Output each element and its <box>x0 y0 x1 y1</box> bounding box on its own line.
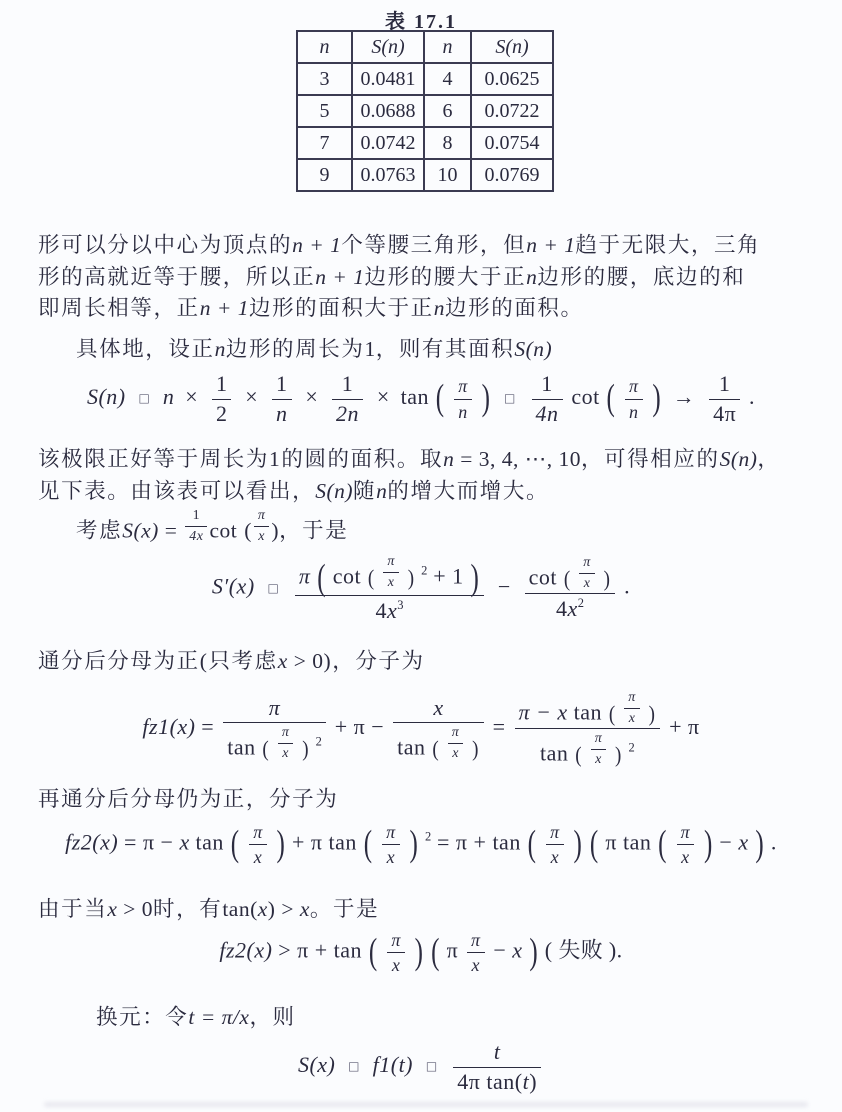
math-inline: S(n) <box>720 447 758 471</box>
denominator: x <box>677 844 695 867</box>
numerator: π <box>625 376 643 398</box>
times-operator: × <box>185 384 198 409</box>
function-name: tan <box>196 830 224 855</box>
denominator: 2n <box>332 399 363 427</box>
equals-box-icon: □ <box>348 1059 360 1073</box>
numerator: π <box>382 822 400 844</box>
cjk-text: 边形的腰，底边的和 <box>537 265 745 289</box>
fraction: πx <box>383 554 399 590</box>
minus-operator: − <box>498 574 511 599</box>
paren: ( <box>609 702 616 727</box>
cjk-text: )，分子为 <box>323 649 424 673</box>
cjk-text: 边形的周长为 <box>226 337 365 361</box>
function-name: tan <box>334 938 362 963</box>
function-name: cot <box>333 564 361 589</box>
numerator: 1 <box>332 372 363 399</box>
fraction: πx <box>591 731 607 767</box>
paren: ). <box>609 938 623 963</box>
math-inline: n <box>376 479 387 503</box>
equation-sn-area: S(n) □ n × 12 × 1n × 12n × tan ( πn ) □ … <box>0 372 842 426</box>
table-header-cell: S(n) <box>471 31 553 63</box>
cjk-text: 的增大而增大。 <box>387 479 549 503</box>
superscript: 2 <box>628 741 634 755</box>
text-line: 通分后分母为正(只考虑x > 0)，分子为 <box>38 646 816 678</box>
table-row: 3 0.0481 4 0.0625 <box>297 63 553 95</box>
big-paren: ( <box>431 932 440 974</box>
eq-lhs: fz1(x) <box>142 714 195 739</box>
math-text: + π − <box>335 714 390 739</box>
cjk-text: 形的高就近等于腰，所以正 <box>38 265 315 289</box>
times-operator: × <box>305 384 318 409</box>
numerator: π <box>677 822 695 844</box>
denominator: n <box>454 399 472 422</box>
denominator: n <box>272 399 292 427</box>
denominator: x <box>387 952 405 975</box>
period: . <box>624 574 630 599</box>
minus-operator: − <box>493 938 512 963</box>
table-cell: 0.0625 <box>471 63 553 95</box>
numerator: cot ( πx ) <box>525 555 616 593</box>
cjk-text: ， <box>757 447 780 471</box>
equation-substitution: S(x) □ f1(t) □ t 4π tan(t) <box>0 1040 842 1094</box>
arrow-operator: → <box>673 384 696 409</box>
superscript: 3 <box>397 598 403 612</box>
math-inline: > 0 <box>288 649 324 673</box>
denominator: x <box>254 526 270 545</box>
equals-box-icon: □ <box>504 391 516 405</box>
math-text: + π <box>669 714 700 739</box>
big-paren: ) <box>652 378 661 420</box>
fraction: πx <box>467 930 485 975</box>
period: . <box>771 830 777 855</box>
big-paren: ) <box>704 824 713 866</box>
numerator: π ( cot ( πx ) 2 + 1 ) <box>295 554 484 595</box>
math-inline: n <box>443 447 454 471</box>
math-text: + π <box>292 830 329 855</box>
table-cell: 0.0688 <box>352 95 424 127</box>
math-inline: = 3, 4, ⋯, 10 <box>454 447 581 471</box>
big-paren: ) <box>470 558 479 600</box>
paren: ( <box>368 566 375 591</box>
fraction: πx <box>448 725 464 761</box>
denominator: 4n <box>532 399 563 427</box>
numerator: π <box>467 930 485 952</box>
fraction: π tan ( πx ) 2 <box>223 696 326 762</box>
fraction: π − x tan ( πx ) tan ( πx ) 2 <box>515 690 661 768</box>
math-text: π − x <box>519 700 574 725</box>
math-func: f1(t) <box>373 1052 413 1077</box>
numerator: 1 <box>532 372 563 399</box>
paren: ( <box>564 567 571 592</box>
numerator: 1 <box>185 508 207 526</box>
numerator: π <box>579 555 595 573</box>
math-inline: S(n) <box>315 479 353 503</box>
paren: ) <box>529 1069 537 1094</box>
denominator: n <box>625 399 643 422</box>
cjk-text: 失败 <box>558 938 603 963</box>
fraction: πn <box>625 376 643 421</box>
fraction: 14x <box>185 508 207 544</box>
period: . <box>749 384 755 409</box>
cjk-text: 时，有 <box>153 897 222 921</box>
equals-box-icon: □ <box>426 1059 438 1073</box>
table-header-row: n S(n) n S(n) <box>297 31 553 63</box>
math-inline: S(n) <box>514 337 552 361</box>
big-paren: ( <box>364 824 373 866</box>
fraction: 1n <box>272 372 292 426</box>
table-header-cell: S(n) <box>352 31 424 63</box>
table-cell: 0.0742 <box>352 127 424 159</box>
denominator: 4π <box>709 399 740 427</box>
big-paren: ) <box>755 824 764 866</box>
paragraph-3: 通分后分母为正(只考虑x > 0)，分子为 <box>38 646 816 678</box>
table-cell: 0.0481 <box>352 63 424 95</box>
table-header-cell: n <box>424 31 471 63</box>
math-inline: x <box>107 897 117 921</box>
paren: ( <box>244 519 252 543</box>
math-var: x <box>512 938 522 963</box>
denominator: x <box>546 844 564 867</box>
math-inline: n <box>526 265 537 289</box>
denominator: x <box>278 743 294 762</box>
fraction: πx <box>624 690 640 726</box>
big-paren: ) <box>410 824 419 866</box>
fraction: 12n <box>332 372 363 426</box>
function-name: cot <box>529 565 557 590</box>
table-cell: 0.0722 <box>471 95 553 127</box>
paren: ) <box>408 566 415 591</box>
numerator: π <box>249 822 267 844</box>
times-operator: × <box>245 384 258 409</box>
denominator: x <box>448 743 464 762</box>
math-text: − <box>719 830 738 855</box>
fraction: x tan ( πx ) <box>393 696 484 762</box>
cjk-text: 考虑 <box>76 519 122 543</box>
denominator: 2 <box>212 399 232 427</box>
math-inline: x <box>300 897 310 921</box>
paren: ) <box>604 567 611 592</box>
equals-box-icon: □ <box>138 391 150 405</box>
cjk-text: 换元：令 <box>96 1005 188 1029</box>
cjk-text: ，则有其面积 <box>376 337 515 361</box>
equation-fz2-inequality: fz2(x) > π + tan ( πx ) ( π πx − x ) ( 失… <box>0 930 842 975</box>
denominator: x <box>579 573 595 592</box>
table-cell: 0.0769 <box>471 159 553 191</box>
numerator: π <box>278 725 294 743</box>
equals-sign: = <box>493 714 512 739</box>
math-inline: n + 1 <box>292 233 341 257</box>
denominator: 4π tan(t) <box>453 1067 541 1095</box>
table-row: 9 0.0763 10 0.0769 <box>297 159 553 191</box>
numerator: π <box>223 696 326 723</box>
denominator: 4x2 <box>525 593 616 622</box>
math-inline: n + 1 <box>315 265 364 289</box>
equals-sign: = <box>159 519 183 543</box>
math-inline: tan( <box>222 897 257 921</box>
numerator: π <box>448 725 464 743</box>
table-cell: 6 <box>424 95 471 127</box>
function-name: tan <box>540 741 568 766</box>
paren: ) <box>615 743 622 768</box>
numerator: π <box>624 690 640 708</box>
table-cell: 8 <box>424 127 471 159</box>
denominator: x <box>382 844 400 867</box>
math-inline: n <box>434 296 445 320</box>
numerator: t <box>453 1040 541 1067</box>
cjk-text: ，可得相应的 <box>581 447 720 471</box>
big-paren: ( <box>590 824 599 866</box>
numerator: x <box>393 696 484 723</box>
cjk-text: 即周长相等，正 <box>38 296 200 320</box>
fraction: πx <box>278 725 294 761</box>
numerator: 1 <box>709 372 740 399</box>
paren: ) <box>649 702 656 727</box>
table-cell: 9 <box>297 159 352 191</box>
text-line: 换元：令t = π/x，则 <box>38 1002 816 1034</box>
math-text: + 1 <box>433 564 463 589</box>
equals-sign: = <box>201 714 220 739</box>
equation-fz1: fz1(x) = π tan ( πx ) 2 + π − x tan ( πx… <box>0 690 842 768</box>
paragraph-6: 换元：令t = π/x，则 <box>38 1002 816 1034</box>
math-var: n <box>163 384 175 409</box>
math-inline: = π/x <box>195 1005 250 1029</box>
fraction: 14π <box>709 372 740 426</box>
table-cell: 10 <box>424 159 471 191</box>
function-name: tan <box>574 700 602 725</box>
paragraph-2: 该极限正好等于周长为1的圆的面积。取n = 3, 4, ⋯, 10，可得相应的S… <box>38 444 816 507</box>
math-var: x <box>567 596 577 621</box>
math-text: π <box>605 830 623 855</box>
math-inline: 1 <box>364 337 375 361</box>
math-text: = π + <box>437 830 492 855</box>
times-operator: × <box>377 384 390 409</box>
cjk-text: ，于是 <box>279 519 348 543</box>
text-line: 见下表。由该表可以看出，S(n)随n的增大而增大。 <box>38 476 816 508</box>
math-text: 4π tan( <box>457 1069 522 1094</box>
big-paren: ( <box>317 558 326 600</box>
big-paren: ) <box>529 932 538 974</box>
fraction: π ( cot ( πx ) 2 + 1 ) 4x3 <box>295 554 484 623</box>
table-cell: 4 <box>424 63 471 95</box>
big-paren: ( <box>369 932 378 974</box>
paragraph-5: 由于当x > 0时，有tan(x) > x。于是 <box>38 894 816 926</box>
eq-lhs: S′(x) <box>212 574 255 599</box>
paren: ( <box>575 743 582 768</box>
numerator: π <box>454 376 472 398</box>
superscript: 2 <box>425 830 431 844</box>
paren: ) <box>472 738 479 763</box>
cjk-text: 。于是 <box>310 897 379 921</box>
cjk-text: 随 <box>353 479 376 503</box>
fraction: πx <box>382 822 400 867</box>
cjk-text: 形可以分以中心为顶点的 <box>38 233 292 257</box>
cjk-text: 边形的面积。 <box>445 296 584 320</box>
big-paren: ( <box>436 378 445 420</box>
function-name: cot <box>209 519 237 543</box>
paren: ( <box>545 938 553 963</box>
pi-symbol: π <box>447 938 459 963</box>
big-paren: ) <box>277 824 286 866</box>
numerator: π <box>383 554 399 572</box>
text-line: 形的高就近等于腰，所以正n + 1边形的腰大于正n边形的腰，底边的和 <box>38 262 816 294</box>
numerator: 1 <box>212 372 232 399</box>
math-inline: n + 1 <box>200 296 249 320</box>
superscript: 2 <box>316 735 322 749</box>
big-paren: ) <box>482 378 491 420</box>
numerator: π <box>591 731 607 749</box>
text-line: 考虑S(x) = 14xcot (πx)，于是 <box>38 508 816 547</box>
eq-lhs: fz2(x) <box>65 830 118 855</box>
paren: ) <box>302 738 309 763</box>
paragraph-2-line3: 考虑S(x) = 14xcot (πx)，于是 <box>38 508 816 547</box>
math-inline: ) > <box>268 897 300 921</box>
function-name: tan <box>397 735 425 760</box>
text-line: 该极限正好等于周长为1的圆的面积。取n = 3, 4, ⋯, 10，可得相应的S… <box>38 444 816 476</box>
function-name: tan <box>227 735 255 760</box>
equation-fz2: fz2(x) = π − x tan ( πx ) + π tan ( πx )… <box>0 822 842 867</box>
fraction: 14n <box>532 372 563 426</box>
eq-lhs: fz2(x) <box>219 938 272 963</box>
text-line: 由于当x > 0时，有tan(x) > x。于是 <box>38 894 816 926</box>
numerator: π <box>254 508 270 526</box>
math-inline: x <box>278 649 288 673</box>
table-row: 7 0.0742 8 0.0754 <box>297 127 553 159</box>
equation-derivative: S′(x) □ π ( cot ( πx ) 2 + 1 ) 4x3 − cot… <box>0 554 842 623</box>
cjk-text: 见下表。由该表可以看出， <box>38 479 315 503</box>
function-name: tan <box>623 830 651 855</box>
math-inline: S(x) <box>122 519 159 543</box>
numerator: π <box>387 930 405 952</box>
cjk-text: 通分后分母为正(只考虑 <box>38 649 278 673</box>
table-cell: 0.0754 <box>471 127 553 159</box>
math-text: 4 <box>556 596 568 621</box>
denominator: 4x <box>185 526 207 545</box>
equals-box-icon: □ <box>267 581 279 595</box>
function-name: cot <box>571 384 599 409</box>
cjk-text: 由于当 <box>38 897 107 921</box>
paren: ) <box>271 519 279 543</box>
fraction: cot ( πx ) 4x2 <box>525 555 616 622</box>
cjk-text: 该极限正好等于周长为1的圆的面积。取 <box>38 447 443 471</box>
math-var: x <box>387 598 397 623</box>
big-paren: ( <box>658 824 667 866</box>
denominator: x <box>249 844 267 867</box>
denominator: tan ( πx ) 2 <box>515 728 661 767</box>
fraction: πx <box>546 822 564 867</box>
math-text: > π + <box>278 938 333 963</box>
function-name: tan <box>401 384 429 409</box>
denominator: x <box>467 952 485 975</box>
cjk-text: 再通分后分母仍为正，分子为 <box>38 787 338 811</box>
big-paren: ( <box>607 378 616 420</box>
eq-lhs: S(n) <box>87 384 126 409</box>
cjk-text: 边形的腰大于正 <box>364 265 526 289</box>
math-text: = π − <box>124 830 179 855</box>
text-line: 即周长相等，正n + 1边形的面积大于正n边形的面积。 <box>38 293 816 325</box>
denominator: x <box>591 749 607 768</box>
math-inline: n <box>215 337 226 361</box>
table-cell: 0.0763 <box>352 159 424 191</box>
fraction: πx <box>579 555 595 591</box>
fraction: πx <box>387 930 405 975</box>
cjk-text: 个等腰三角形，但 <box>341 233 526 257</box>
denominator: x <box>624 708 640 727</box>
paren: ( <box>262 738 269 763</box>
eq-lhs: S(x) <box>298 1052 335 1077</box>
cjk-text: ，则 <box>249 1005 295 1029</box>
denominator: tan ( πx ) 2 <box>223 722 326 761</box>
math-var: x <box>179 830 189 855</box>
cjk-text: 边形的面积大于正 <box>249 296 434 320</box>
math-inline: > 0 <box>117 897 153 921</box>
math-inline: x <box>258 897 268 921</box>
fraction: πx <box>249 822 267 867</box>
big-paren: ) <box>573 824 582 866</box>
superscript: 2 <box>578 596 584 610</box>
paragraph-1: 形可以分以中心为顶点的n + 1个等腰三角形，但n + 1趋于无限大，三角 形的… <box>38 230 816 325</box>
fraction: πx <box>254 508 270 544</box>
paragraph-1-line4: 具体地，设正n边形的周长为1，则有其面积S(n) <box>38 334 816 366</box>
table-cell: 7 <box>297 127 352 159</box>
paragraph-4: 再通分后分母仍为正，分子为 <box>38 784 816 816</box>
math-text: 4 <box>376 598 388 623</box>
big-paren: ) <box>415 932 424 974</box>
big-paren: ( <box>231 824 240 866</box>
table-cell: 3 <box>297 63 352 95</box>
table-row: 5 0.0688 6 0.0722 <box>297 95 553 127</box>
fraction: πx <box>677 822 695 867</box>
function-name: tan <box>492 830 520 855</box>
text-line: 具体地，设正n边形的周长为1，则有其面积S(n) <box>38 334 816 366</box>
paren: ( <box>432 738 439 763</box>
fraction: πn <box>454 376 472 421</box>
superscript: 2 <box>421 564 427 578</box>
denominator: x <box>383 572 399 591</box>
fraction: t 4π tan(t) <box>453 1040 541 1094</box>
pi-symbol: π <box>299 564 311 589</box>
data-table: n S(n) n S(n) 3 0.0481 4 0.0625 5 0.0688… <box>296 30 554 192</box>
fraction: 12 <box>212 372 232 426</box>
numerator: π − x tan ( πx ) <box>515 690 661 728</box>
big-paren: ( <box>528 824 537 866</box>
text-line: 形可以分以中心为顶点的n + 1个等腰三角形，但n + 1趋于无限大，三角 <box>38 230 816 262</box>
math-var: x <box>738 830 748 855</box>
text-line: 再通分后分母仍为正，分子为 <box>38 784 816 816</box>
table-cell: 5 <box>297 95 352 127</box>
numerator: 1 <box>272 372 292 399</box>
cjk-text: 具体地，设正 <box>76 337 215 361</box>
denominator: tan ( πx ) <box>393 722 484 761</box>
cjk-text: 趋于无限大，三角 <box>575 233 760 257</box>
table-header-cell: n <box>297 31 352 63</box>
numerator: π <box>546 822 564 844</box>
cutoff-text-strip <box>44 1102 808 1107</box>
function-name: tan <box>329 830 357 855</box>
math-inline: n + 1 <box>526 233 575 257</box>
